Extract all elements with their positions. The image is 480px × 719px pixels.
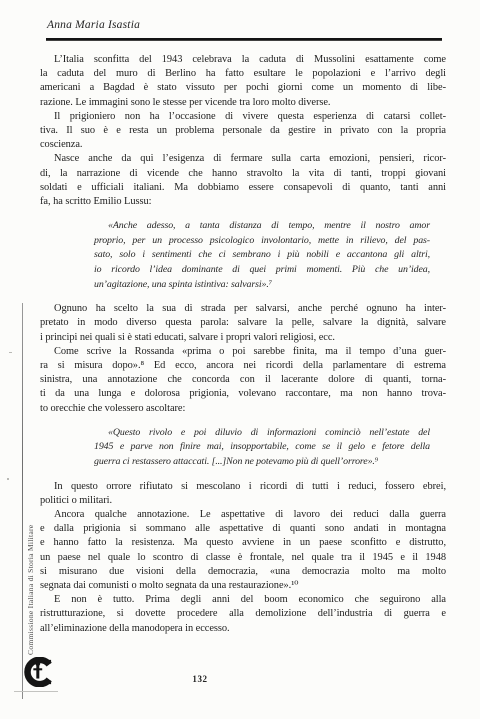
paragraph: Il prigioniero non ha l’occasione di viv… — [40, 110, 446, 153]
header-author: Anna Maria Isastia — [47, 19, 140, 31]
block-quote: «Anche adesso, a tanta distanza di tempo… — [94, 219, 430, 292]
scan-speck — [9, 352, 12, 353]
block-quote: «Questo rivolo e poi diluvio di informaz… — [94, 426, 430, 470]
text-line: pretato in modo diverso questa parola: s… — [40, 316, 446, 330]
text-line: i principi nei quali si è stati educati,… — [40, 331, 446, 345]
cism-emblem-icon — [24, 657, 52, 687]
text-line: di, la narrazione di vicende che hanno s… — [40, 167, 446, 181]
paragraph: L’Italia sconfitta del 1943 celebrava la… — [40, 53, 446, 110]
text-line: soldati e ufficiali italiani. Ma dobbiam… — [40, 181, 446, 195]
text-line: In questo orrore rifiutato si mescolano … — [40, 480, 446, 494]
text-line: sato, solo i sentimenti che ci sembrano … — [94, 248, 430, 263]
scan-smudge — [14, 691, 58, 692]
text-line: e dalla prigionia si sommano alle aspett… — [40, 522, 446, 536]
scanned-book-page: Anna Maria Isastia L’Italia sconfitta de… — [0, 0, 480, 719]
paragraph: Ognuno ha scelto la sua di strada per sa… — [40, 302, 446, 345]
text-line: all’eliminazione della manodopera in ecc… — [40, 622, 446, 636]
text-line: Ancora qualche annotazione. Le aspettati… — [40, 508, 446, 522]
text-line: Come scrive la Rossanda «prima o poi sar… — [40, 345, 446, 359]
text-line: 1945 e parve non finire mai, insopportab… — [94, 440, 430, 455]
text-line: sinistra, una annotazione che concorda c… — [40, 373, 446, 387]
text-line: segnata dai comunisti o molto segnata da… — [40, 579, 446, 593]
text-line: to orecchie che volessero ascoltare: — [40, 402, 446, 416]
text-line: Nasce anche da qui l’esigenza di fermare… — [40, 152, 446, 166]
text-line: E non è tutto. Prima degli anni del boom… — [40, 593, 446, 607]
text-line: un’agitazione, una spinta istintiva: sal… — [94, 278, 430, 293]
paragraph: Ancora qualche annotazione. Le aspettati… — [40, 508, 446, 593]
text-line: «Questo rivolo e poi diluvio di informaz… — [94, 426, 430, 441]
page-fold-line — [22, 303, 23, 699]
paragraph: Come scrive la Rossanda «prima o poi sar… — [40, 345, 446, 416]
text-line: americani a Bagdad è stato vissuto per p… — [40, 81, 446, 95]
text-line: io ricordo l’idea dominante di quei prim… — [94, 263, 430, 278]
page-number: 132 — [183, 674, 217, 684]
text-blocks: L’Italia sconfitta del 1943 celebrava la… — [40, 53, 446, 636]
paragraph: In questo orrore rifiutato si mescolano … — [40, 480, 446, 508]
text-line: ristrutturazione, si dovette procedere a… — [40, 607, 446, 621]
text-line: politici o militari. — [40, 494, 446, 508]
text-line: si misurano due visioni della democrazia… — [40, 565, 446, 579]
text-line: «Anche adesso, a tanta distanza di tempo… — [94, 219, 430, 234]
text-line: ra si misura dopo».⁸ Ed ecco, ancora nei… — [40, 359, 446, 373]
paragraph: Nasce anche da qui l’esigenza di fermare… — [40, 152, 446, 209]
text-line: proprio, per un processo psicologico inv… — [94, 234, 430, 249]
paragraph: E non è tutto. Prima degli anni del boom… — [40, 593, 446, 636]
text-line: un paese nel quale lo scontro di classe … — [40, 551, 446, 565]
text-line: coscienza. — [40, 138, 446, 152]
text-line: fa, ha scritto Emilio Lussu: — [40, 195, 446, 209]
text-line: guerra ci restassero attaccati. [...]Non… — [94, 455, 430, 470]
text-line: la caduta del muro di Berlino ha fatto e… — [40, 67, 446, 81]
text-line: ti da una lunga e dolorosa prigionia, vo… — [40, 387, 446, 401]
sidebar-vertical-text: Commissione Italiana di Storia Militare — [26, 487, 37, 655]
text-line: Ognuno ha scelto la sua di strada per sa… — [40, 302, 446, 316]
text-line: e hanno fatto la resistenza. Ma questo a… — [40, 536, 446, 550]
scan-speck — [7, 478, 9, 480]
text-line: tiva. Il suo è e resta un problema perso… — [40, 124, 446, 138]
text-line: Il prigioniero non ha l’occasione di viv… — [40, 110, 446, 124]
header-rule — [46, 38, 442, 41]
text-line: razione. Le immagini sono le stesse per … — [40, 96, 446, 110]
text-line: L’Italia sconfitta del 1943 celebrava la… — [40, 53, 446, 67]
